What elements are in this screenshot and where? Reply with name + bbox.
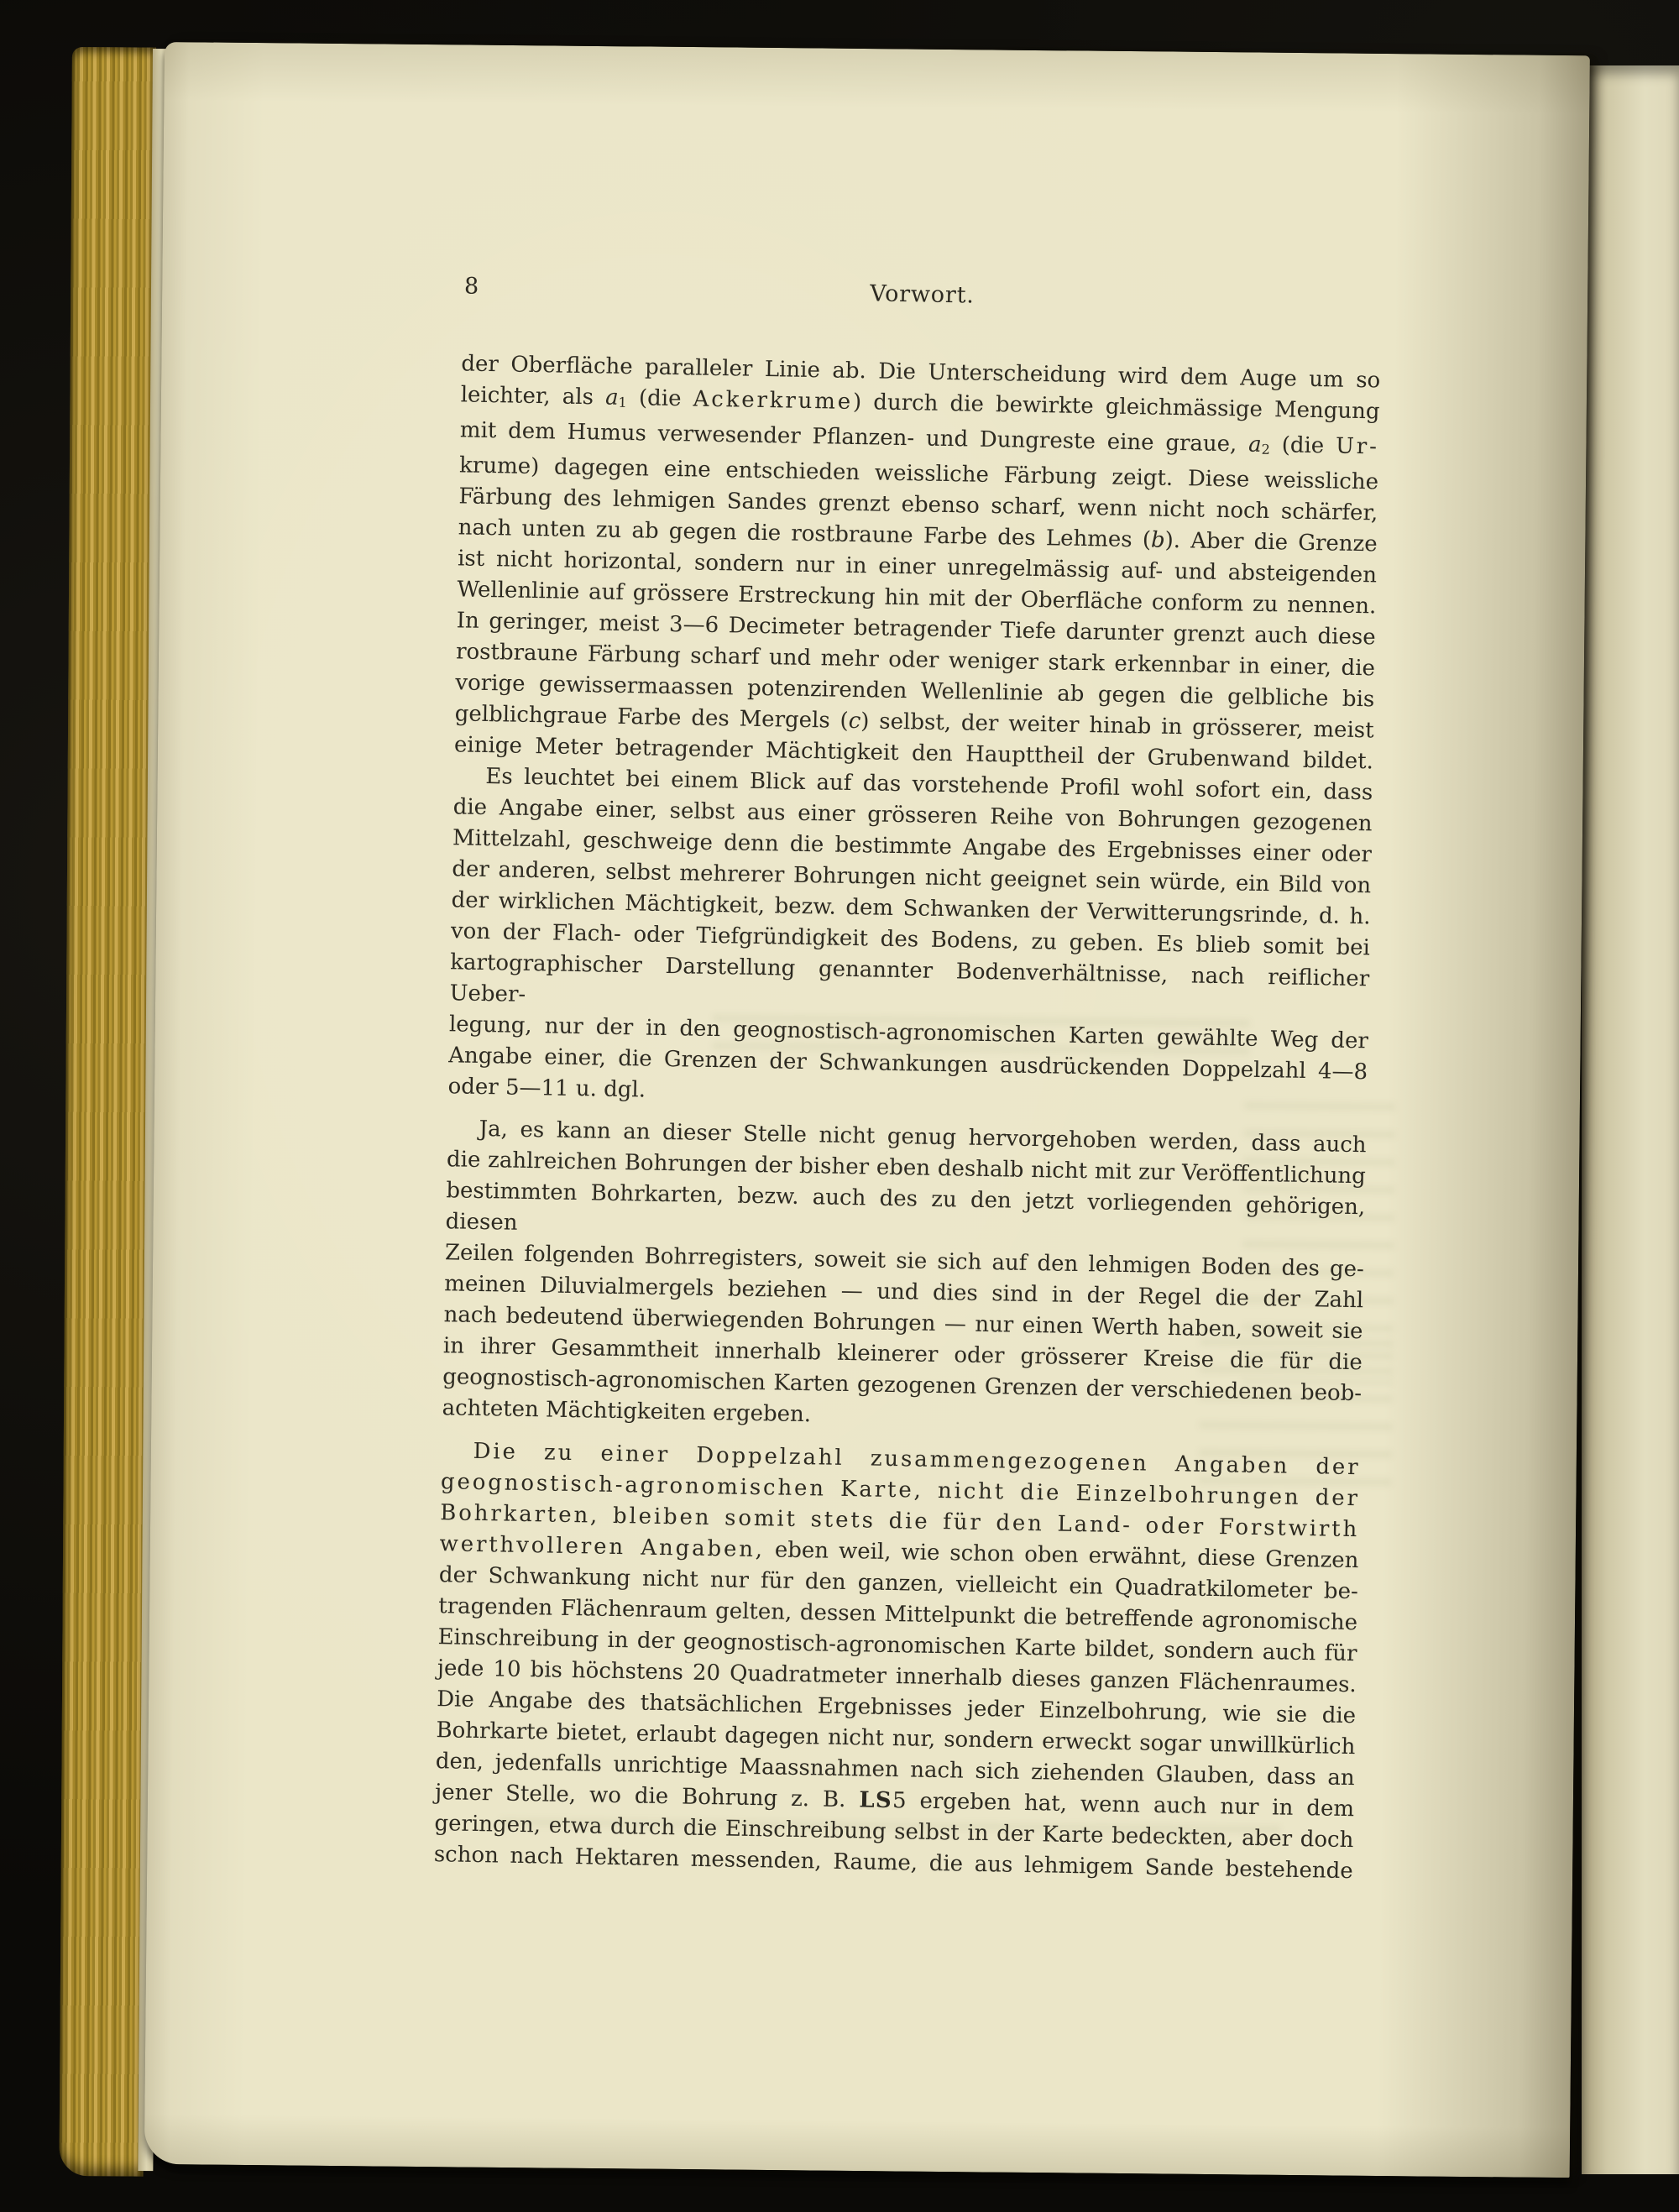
text-segment-i: a [1248,431,1262,457]
paragraph: Es leuchtet bei einem Blick auf das vors… [447,761,1373,1119]
paragraphs: der Oberfläche paralleler Linie ab. Die … [434,348,1381,1887]
text-segment: 5 ergeben hat, wenn auch nur in dem [892,1788,1355,1822]
text-segment: ). Aber die Grenze [1164,528,1378,557]
page-header: 8 Vorwort. [463,273,1383,322]
text-segment-sub: 2 [1261,442,1270,458]
text-segment: (die [1270,432,1336,458]
text-segment: gelblichgraue Farbe des Mergels ( [454,701,849,734]
text-segment-i: a [605,385,619,411]
text-segment-sp: Ur- [1336,433,1379,459]
text-block: 8 Vorwort. der Oberfläche paralleler Lin… [434,273,1383,1887]
paragraph: Ja, es kann an dieser Stelle nicht genug… [442,1113,1367,1441]
text-segment: achteten Mächtigkeiten ergeben. [442,1395,811,1427]
running-title: Vorwort. [463,273,1382,316]
text-segment-i: c [848,709,860,734]
text-segment-sp: Ackerkrume [693,386,853,414]
text-segment: ) durch die bewirkte gleichmässige Mengu… [853,390,1380,424]
book-page: 8 Vorwort. der Oberfläche paralleler Lin… [144,42,1590,2178]
text-segment: jener Stelle, wo die Bohrung z. B. [435,1780,860,1812]
text-segment-b: LS [859,1787,892,1813]
text-segment: leichter, als [460,382,605,410]
text-segment-sub: 1 [618,395,627,411]
paragraph: der Oberfläche paralleler Linie ab. Die … [454,348,1381,777]
text-segment: (die [627,385,693,411]
adjacent-page-edge [1582,65,1679,2174]
page-number: 8 [464,273,479,299]
text-segment: oder 5—11 u. dgl. [447,1074,646,1102]
book-scan: 8 Vorwort. der Oberfläche paralleler Lin… [0,0,1679,2212]
text-segment-i: b [1151,527,1165,552]
text-segment-sp: werthvolleren Angaben, [439,1531,765,1562]
paragraph: Die zu einer Doppelzahl zusammengezogene… [434,1435,1361,1887]
